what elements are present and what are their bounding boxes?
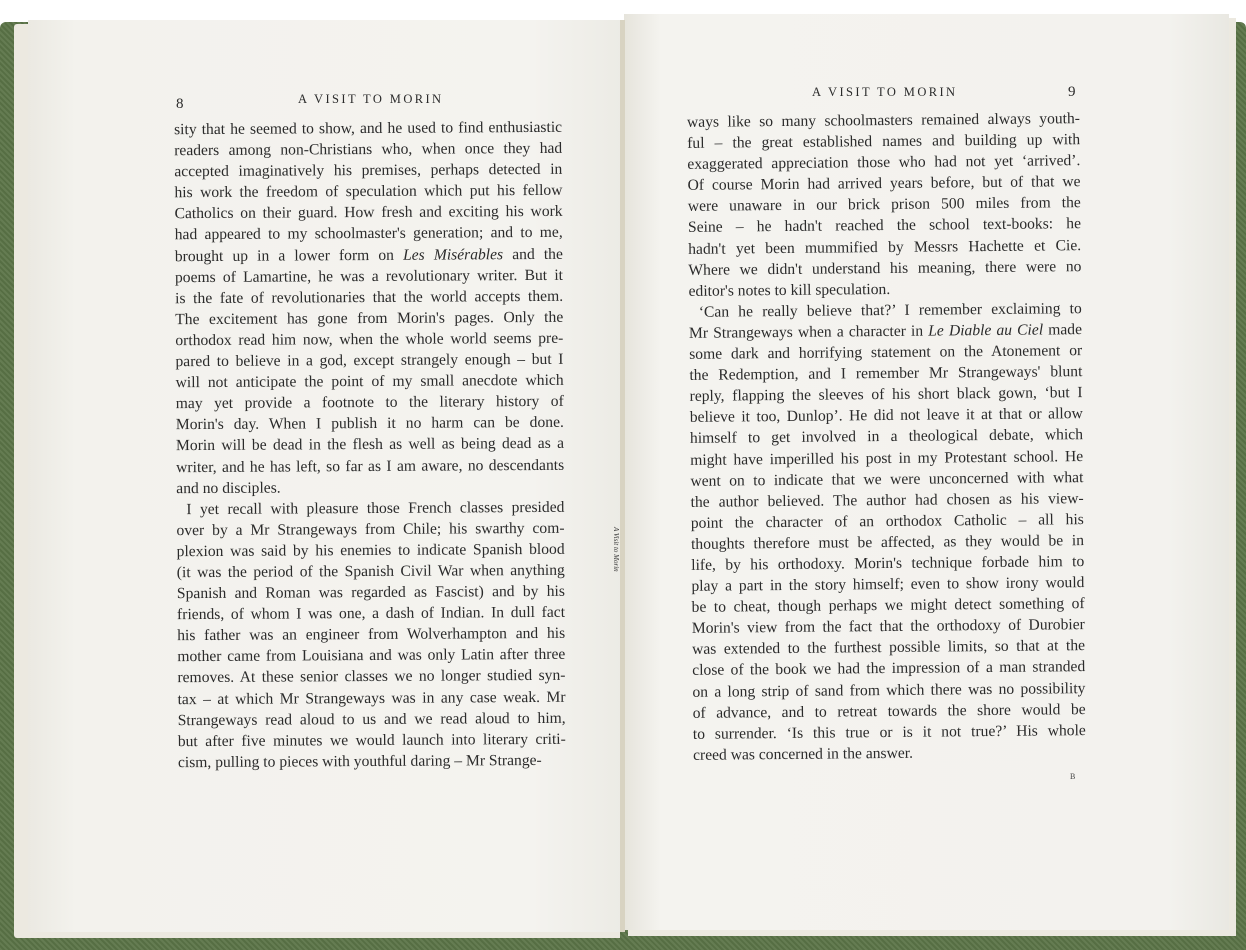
text-line: I yet recall with pleasure those French …: [176, 497, 564, 520]
text-line: but after five minutes we would launch i…: [178, 729, 566, 752]
text-line: mother came from Louisiana and was only …: [177, 644, 565, 667]
text-line: over by a Mr Strangeways from Chile; his…: [176, 518, 564, 541]
text-line: his father was an engineer from Wolverha…: [177, 623, 565, 646]
left-page-number: 8: [176, 96, 184, 113]
text-line: creed was concerned in the answer.: [693, 741, 1086, 766]
text-line: to surrender. ‘Is this true or is it not…: [693, 720, 1086, 745]
text-line: poems of Lamartine, he was a revolutiona…: [175, 264, 563, 287]
text-line: Morin will be dead in the flesh as well …: [176, 433, 564, 456]
text-line: The excitement has gone from Morin's pag…: [175, 307, 563, 330]
text-line: Strangeways read aloud to us and we read…: [178, 707, 566, 730]
left-running-head: A VISIT TO MORIN: [298, 92, 443, 107]
text-line: orthodox read him now, when the whole wo…: [175, 328, 563, 351]
text-line: sity that he seemed to show, and he used…: [174, 117, 562, 140]
text-line: will not anticipate the point of my smal…: [176, 370, 564, 393]
text-line: and no disciples.: [176, 475, 564, 498]
text-line: had appeared to my schoolmaster's genera…: [175, 222, 563, 245]
text-line: plexion was said by his enemies to indic…: [177, 539, 565, 562]
text-line: himself to get involved in a theological…: [690, 425, 1083, 450]
text-line: Spanish and Roman was regarded as Fascis…: [177, 581, 565, 604]
text-line: his work the freedom of speculation whic…: [174, 180, 562, 203]
text-line: brought up in a lower form on Les Miséra…: [175, 243, 563, 266]
text-line: pared to believe in a god, except strang…: [175, 349, 563, 372]
text-line: writer, and he has left, so far as I am …: [176, 454, 564, 477]
text-line: accepted imaginatively his premises, per…: [174, 159, 562, 182]
text-line: Where we didn't understand his meaning, …: [688, 256, 1081, 281]
text-line: tax – at which Mr Strangeways was in any…: [177, 686, 565, 709]
right-running-head: A VISIT TO MORIN: [812, 85, 957, 100]
book-gutter: [620, 20, 625, 932]
left-page-body: sity that he seemed to show, and he used…: [174, 117, 566, 773]
signature-mark: B: [1070, 772, 1075, 781]
text-line: removes. At these senior classes we no l…: [177, 665, 565, 688]
text-line: is the fate of revolutionaries that the …: [175, 286, 563, 309]
right-page-body: ways like so many schoolmasters remained…: [687, 108, 1086, 766]
text-line: Morin's day. When I publish it no harm c…: [176, 412, 564, 435]
spine-text: A Visit to Morin: [612, 527, 620, 572]
text-line: readers among non-Christians who, when o…: [174, 138, 562, 161]
text-line: cism, pulling to pieces with youthful da…: [178, 750, 566, 773]
text-line: Catholics on their guard. How fresh and …: [175, 201, 563, 224]
right-page-number: 9: [1068, 84, 1076, 101]
text-line: friends, of whom I was one, a dash of In…: [177, 602, 565, 625]
text-line: (it was the period of the Spanish Civil …: [177, 560, 565, 583]
text-line: may yet provide a footnote to the litera…: [176, 391, 564, 414]
